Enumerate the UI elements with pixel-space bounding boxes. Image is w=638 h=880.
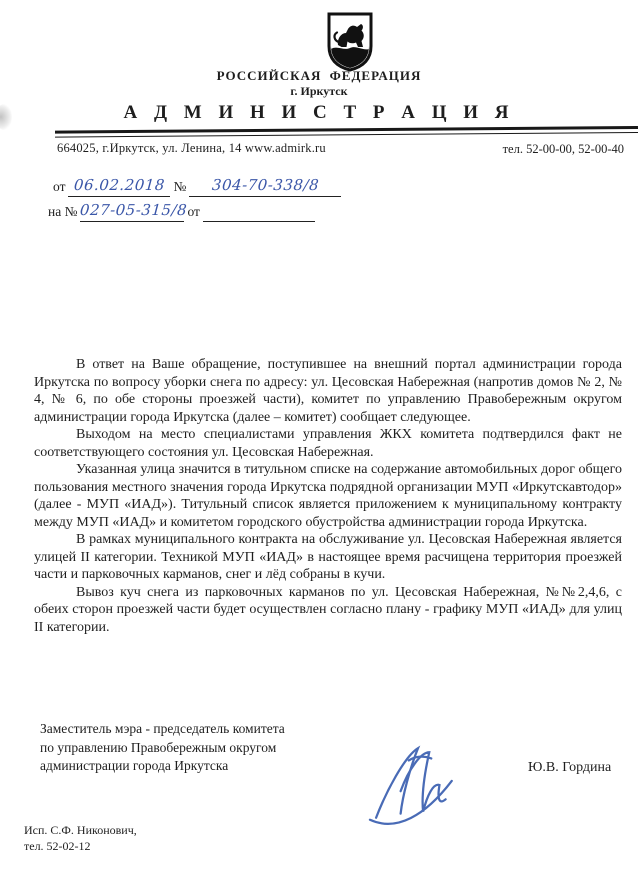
org-title: А Д М И Н И С Т Р А Ц И Я xyxy=(0,102,638,124)
signer-position-line-3: администрации города Иркутска xyxy=(40,757,285,776)
incoming-number-value: 027-05-315/8 xyxy=(80,201,188,220)
executor-block: Исп. С.Ф. Никонович, тел. 52-02-12 xyxy=(24,823,137,854)
executor-phone: тел. 52-02-12 xyxy=(24,839,137,855)
signer-position-line-1: Заместитель мэра - председатель комитета xyxy=(40,720,285,739)
signer-name: Ю.В. Гордина xyxy=(528,760,611,776)
reference-line-incoming: на №027-05-315/8от xyxy=(45,201,315,222)
from-label: от xyxy=(50,179,68,197)
paragraph-3: Указанная улица значится в титульном спи… xyxy=(34,461,622,531)
header-divider xyxy=(55,126,638,138)
outgoing-number-value: 304-70-338/8 xyxy=(211,176,319,195)
paragraph-5: Вывоз куч снега из парковочных карманов … xyxy=(34,584,622,637)
contact-phone: тел. 52-00-00, 52-00-40 xyxy=(503,142,624,157)
incoming-number-field: 027-05-315/8 xyxy=(80,201,184,222)
number-label: № xyxy=(170,179,189,197)
outgoing-number-field: 304-70-338/8 xyxy=(189,176,341,197)
paragraph-4: В рамках муниципального контракта на обс… xyxy=(34,531,622,584)
signer-position: Заместитель мэра - председатель комитета… xyxy=(40,720,285,776)
paragraph-2: Выходом на место специалистами управлени… xyxy=(34,426,622,461)
country-title: РОССИЙСКАЯ ФЕДЕРАЦИЯ xyxy=(0,68,638,84)
scanned-letter-page: РОССИЙСКАЯ ФЕДЕРАЦИЯ г. Иркутск А Д М И … xyxy=(0,0,638,880)
letter-body: В ответ на Ваше обращение, поступившее н… xyxy=(34,356,622,636)
irkutsk-coat-of-arms-icon xyxy=(326,12,374,72)
handwritten-signature-icon xyxy=(358,738,478,830)
reference-line-outgoing: от06.02.2018№304-70-338/8 xyxy=(50,176,341,197)
executor-name: Исп. С.Ф. Никонович, xyxy=(24,823,137,839)
outgoing-date-value: 06.02.2018 xyxy=(73,176,165,195)
city-title: г. Иркутск xyxy=(0,84,638,99)
reply-label: на № xyxy=(45,204,80,222)
postal-address: 664025, г.Иркутск, ул. Ленина, 14 www.ad… xyxy=(57,141,326,156)
outgoing-date-field: 06.02.2018 xyxy=(68,176,170,197)
paragraph-1: В ответ на Ваше обращение, поступившее н… xyxy=(34,356,622,426)
signer-position-line-2: по управлению Правобережным округом xyxy=(40,739,285,758)
incoming-date-field-blank xyxy=(203,201,315,222)
